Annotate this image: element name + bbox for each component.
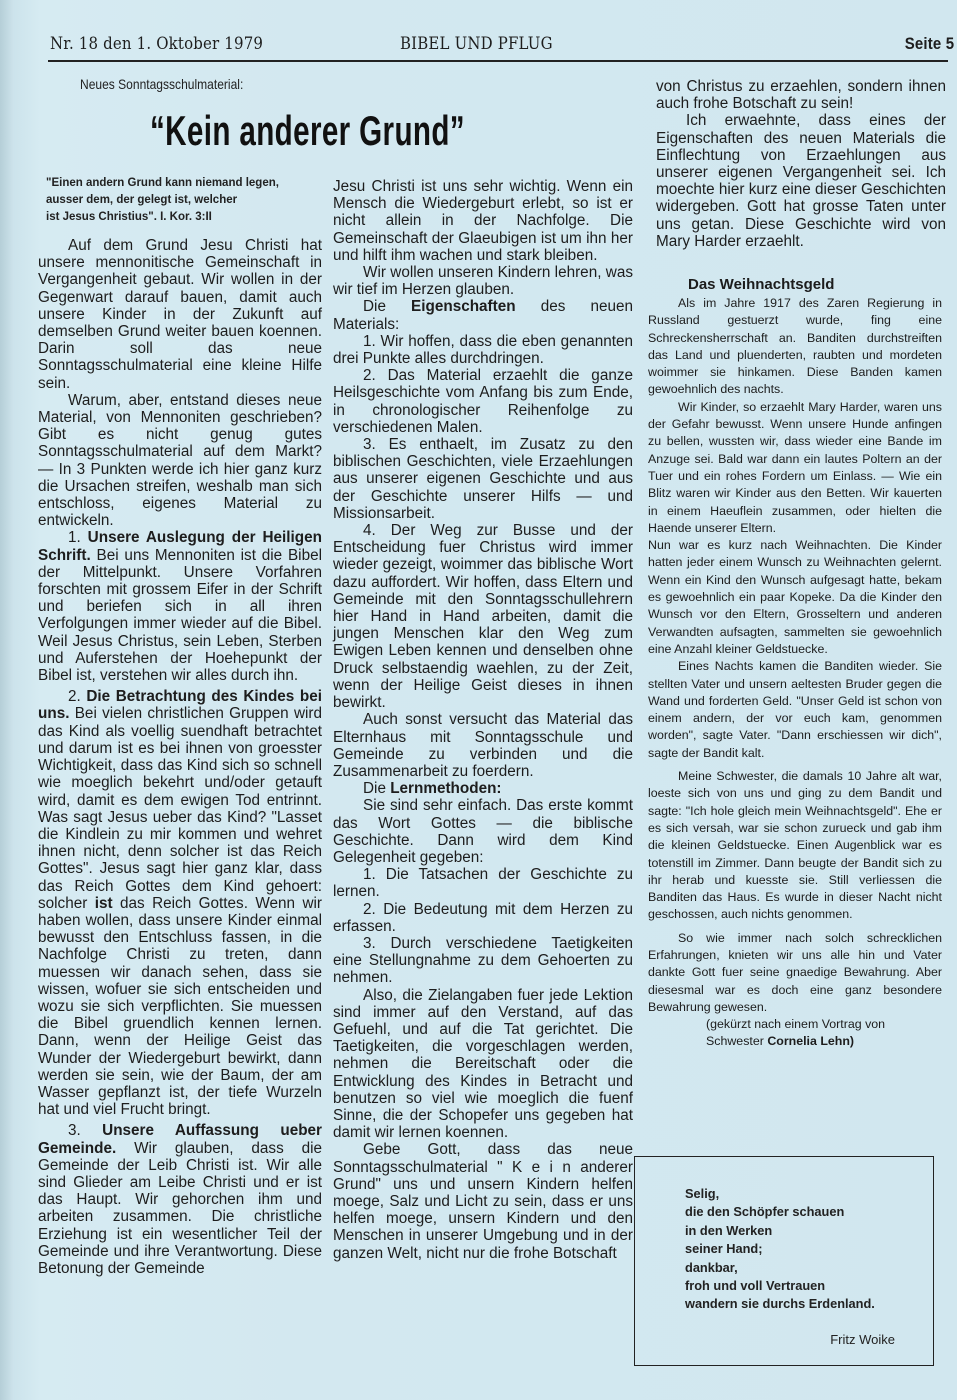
point-number: 1. [68, 529, 81, 546]
paragraph: Warum, aber, entstand dieses neue Materi… [38, 392, 322, 530]
epigraph-line: ist Jesus Christius". I. Kor. 3:II [46, 209, 336, 226]
paragraph: So wie immer nach solch schrecklichen Er… [648, 930, 942, 1016]
emphasis: Eigenschaften [411, 298, 516, 315]
poem-line: seiner Hand; [685, 1240, 875, 1258]
paragraph: Sie sind sehr einfach. Das erste kommt d… [333, 797, 633, 866]
text: Die [363, 298, 386, 315]
text: Die [363, 780, 386, 797]
text: Schwester [706, 1034, 764, 1048]
list-item: 3. Durch verschiedene Taetigkeiten eine … [333, 935, 633, 987]
poem-line: in den Werken [685, 1222, 875, 1240]
emphasis: ist [95, 895, 113, 912]
paragraph: Eines Nachts kamen die Banditen wieder. … [648, 658, 942, 762]
point-number: 2. [68, 688, 81, 705]
credit-line: Schwester Cornelia Lehn) [648, 1033, 942, 1050]
paragraph: Jesu Christi ist uns sehr wichtig. Wenn … [333, 178, 633, 264]
paragraph: Meine Schwester, die damals 10 Jahre alt… [648, 768, 942, 924]
article-kicker: Neues Sonntagsschulmaterial: [80, 76, 243, 92]
poem-line: Selig, [685, 1185, 875, 1203]
list-item: 4. Der Weg zur Busse und der Entscheidun… [333, 522, 633, 711]
point-text: das Reich Gottes. Wenn wir haben wollen,… [38, 895, 322, 1118]
poem-line: froh und voll Vertrauen [685, 1277, 875, 1295]
list-item: 3. Es enthaelt, im Zusatz zu den biblisc… [333, 436, 633, 522]
poem-text: Selig, die den Schöpfer schauen in den W… [685, 1185, 875, 1314]
poem-box: Selig, die den Schöpfer schauen in den W… [634, 1156, 934, 1366]
poem-line: wandern sie durchs Erdenland. [685, 1295, 875, 1313]
header-rule [48, 60, 948, 62]
paragraph: Als im Jahre 1917 des Zaren Regierung in… [648, 295, 942, 399]
paragraph: 1. Unsere Auslegung der Heiligen Schrift… [38, 529, 322, 684]
epigraph-line: "Einen andern Grund kann niemand legen, [46, 175, 336, 192]
poem-line: dankbar, [685, 1259, 875, 1277]
story-body: Als im Jahre 1917 des Zaren Regierung in… [648, 295, 942, 1051]
story-title: Das Weihnachtsgeld [648, 276, 942, 293]
poem-author: Fritz Woike [830, 1332, 895, 1347]
point-number: 3. [68, 1122, 81, 1139]
list-item: 1. Wir hoffen, dass die eben genannten d… [333, 333, 633, 367]
paragraph: Nun war es kurz nach Weihnachten. Die Ki… [648, 537, 942, 658]
point-text: Wir glauben, dass die Gemeinde der Leib … [38, 1140, 322, 1277]
paragraph: Wir wollen unseren Kindern lehren, was w… [333, 264, 633, 298]
credit-line: (gekürzt nach einem Vortrag von [648, 1016, 942, 1033]
paragraph: von Christus zu erzaehlen, sondern ihnen… [656, 78, 946, 112]
page-number: Seite 5 [905, 34, 954, 54]
newspaper-page: Nr. 18 den 1. Oktober 1979 BIBEL UND PFL… [0, 0, 957, 1400]
column-2: Jesu Christi ist uns sehr wichtig. Wenn … [333, 178, 633, 1262]
paragraph: Auch sonst versucht das Material das Elt… [333, 711, 633, 780]
list-item: 1. Die Tatsachen der Geschichte zu lerne… [333, 866, 633, 900]
binding-gutter [0, 0, 14, 1400]
epigraph-line: ausser dem, der gelegt ist, welcher [46, 192, 336, 209]
paragraph: Also, die Zielangaben fuer jede Lektion … [333, 987, 633, 1142]
article-headline: “Kein anderer Grund” [150, 108, 465, 155]
list-item: 2. Das Material erzaehlt die ganze Heils… [333, 367, 633, 436]
poem-line: die den Schöpfer schauen [685, 1203, 875, 1221]
page-header: Nr. 18 den 1. Oktober 1979 BIBEL UND PFL… [48, 32, 948, 60]
paragraph: Auf dem Grund Jesu Christi hat unsere me… [38, 237, 322, 392]
paragraph: 3. Unsere Auffassung ueber Gemeinde. Wir… [38, 1122, 322, 1277]
list-item: 2. Die Bedeutung mit dem Herzen zu erfas… [333, 901, 633, 935]
point-text: Bei vielen christlichen Gruppen wird das… [38, 705, 322, 911]
story-heading: Das Weihnachtsgeld [648, 276, 942, 293]
paragraph: Gebe Gott, dass das neue Sonntagsschulma… [333, 1141, 633, 1261]
author-name: Cornelia Lehn) [767, 1034, 854, 1048]
paragraph: Wir Kinder, so erzaehlt Mary Harder, war… [648, 399, 942, 537]
column-3-article-end: von Christus zu erzaehlen, sondern ihnen… [656, 78, 946, 250]
paragraph: 2. Die Betrachtung des Kindes bei uns. B… [38, 688, 322, 1118]
issue-date: Nr. 18 den 1. Oktober 1979 [50, 34, 263, 54]
point-text: Bei uns Mennoniten ist die Bibel der Mit… [38, 547, 322, 684]
publication-title: BIBEL UND PFLUG [400, 34, 553, 54]
column-1: Auf dem Grund Jesu Christi hat unsere me… [38, 237, 322, 1277]
paragraph: Die Lernmethoden: [333, 780, 633, 797]
epigraph: "Einen andern Grund kann niemand legen, … [46, 175, 336, 226]
paragraph: Ich erwaehnte, dass eines der Eigenschaf… [656, 112, 946, 250]
emphasis: Lernmethoden: [390, 780, 501, 797]
paragraph: Die Eigenschaften des neuen Materials: [333, 298, 633, 332]
